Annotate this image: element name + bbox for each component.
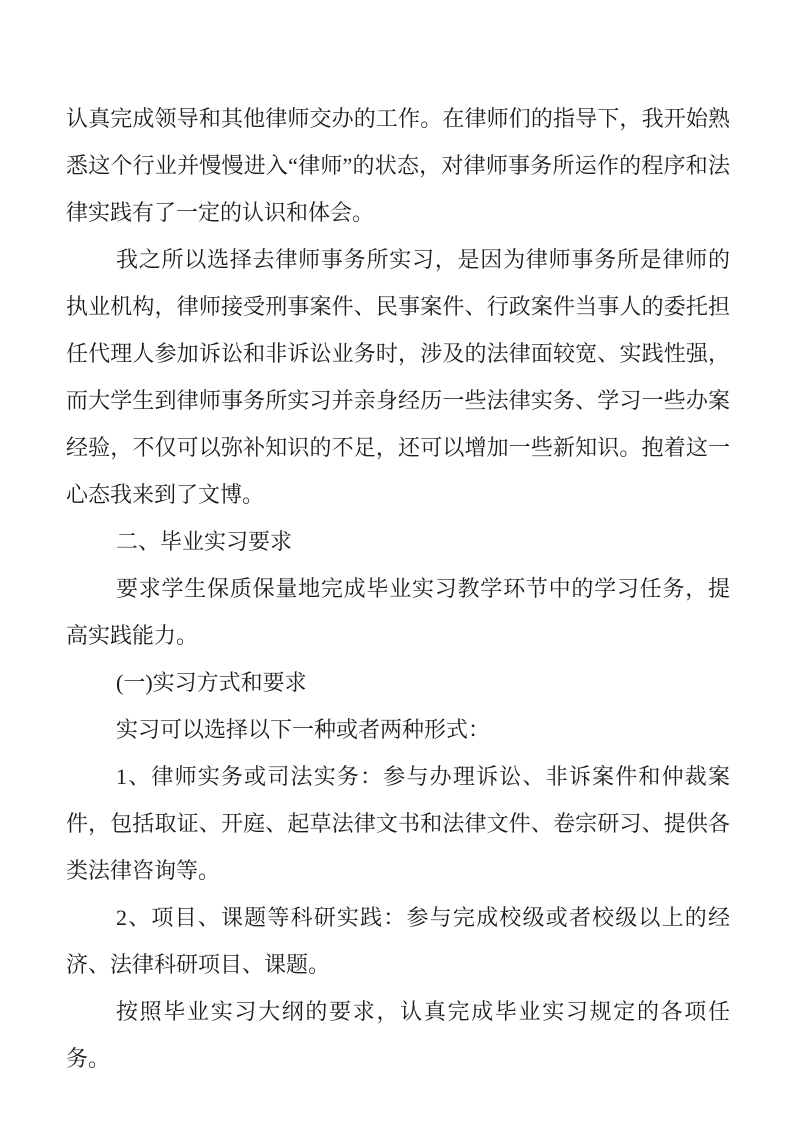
body-paragraph-continuation: 认真完成领导和其他律师交办的工作。在律师们的指导下，我开始熟悉这个行业并慢慢进入… bbox=[66, 95, 730, 236]
list-item-research-practice: 2、项目、课题等科研实践：参与完成校级或者校级以上的经济、法律科研项目、课题。 bbox=[66, 894, 730, 988]
document-page: 认真完成领导和其他律师交办的工作。在律师们的指导下，我开始熟悉这个行业并慢慢进入… bbox=[0, 0, 800, 1132]
body-paragraph-requirements: 要求学生保质保量地完成毕业实习教学环节中的学习任务，提高实践能力。 bbox=[66, 565, 730, 659]
body-paragraph-outline-tasks: 按照毕业实习大纲的要求，认真完成毕业实习规定的各项任务。 bbox=[66, 988, 730, 1082]
list-item-lawyer-practice: 1、律师实务或司法实务：参与办理诉讼、非诉案件和仲裁案件，包括取证、开庭、起草法… bbox=[66, 753, 730, 894]
body-paragraph-reason: 我之所以选择去律师事务所实习，是因为律师事务所是律师的执业机构，律师接受刑事案件… bbox=[66, 236, 730, 518]
subsection-heading-methods: (一)实习方式和要求 bbox=[66, 659, 730, 706]
section-heading-internship-requirements: 二、毕业实习要求 bbox=[66, 518, 730, 565]
body-paragraph-forms-intro: 实习可以选择以下一种或者两种形式： bbox=[66, 706, 730, 753]
